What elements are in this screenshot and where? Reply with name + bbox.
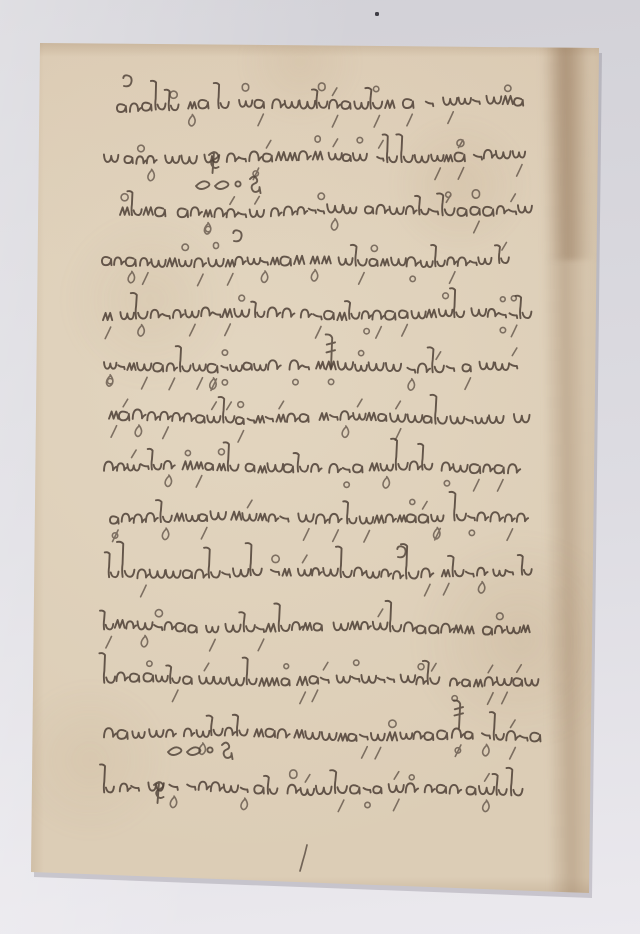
script-line-7	[109, 394, 530, 443]
script-line-10	[105, 541, 532, 597]
script-line-4	[102, 242, 509, 286]
script-flourishes	[123, 75, 463, 803]
photo-backdrop	[0, 0, 640, 934]
script-line-2	[104, 133, 526, 182]
handwritten-script-layer	[0, 0, 640, 934]
page-number-mark	[300, 845, 307, 871]
script-line-12	[99, 653, 538, 704]
script-line-6	[104, 346, 517, 391]
script-line-9	[110, 491, 528, 543]
dust-speck	[375, 12, 379, 16]
script-line-1	[117, 76, 524, 130]
script-line-14	[100, 764, 523, 813]
script-line-5	[103, 288, 531, 338]
manuscript-page	[0, 0, 640, 934]
script-line-8	[104, 437, 520, 491]
script-line-3	[120, 188, 532, 235]
script-line-11	[100, 599, 530, 652]
